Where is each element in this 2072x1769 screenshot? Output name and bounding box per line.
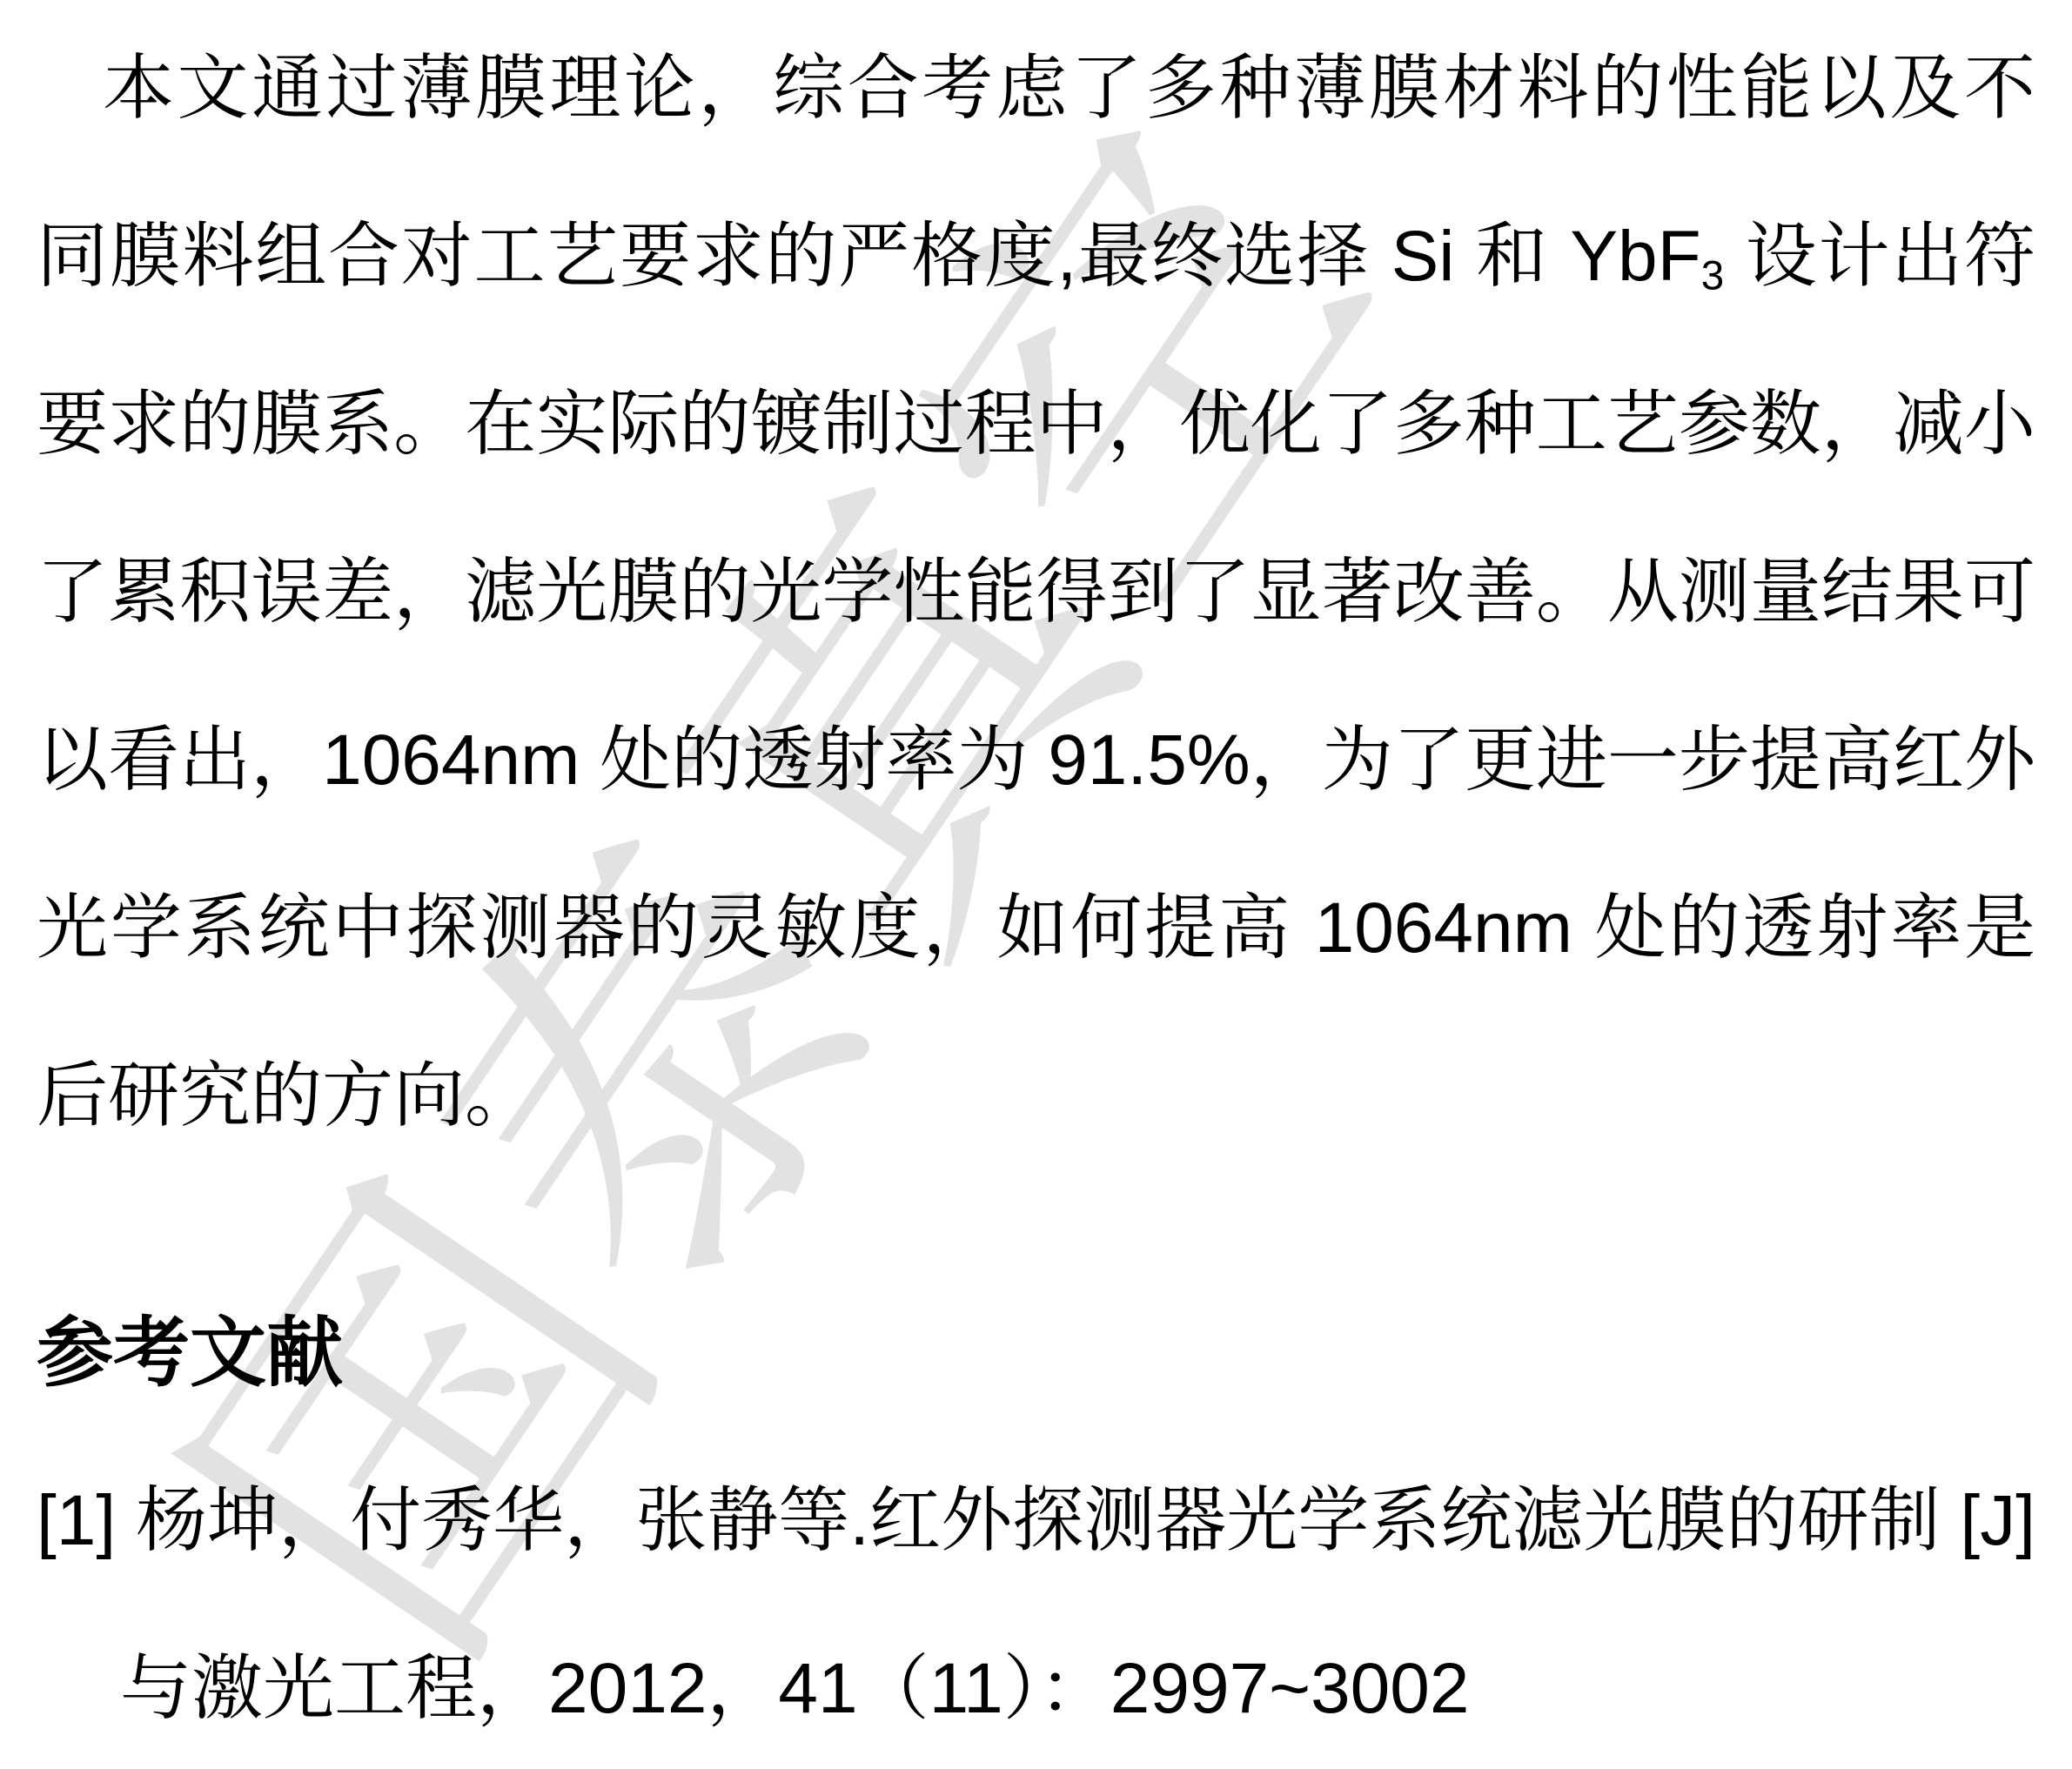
body-paragraph-line-2: 同膜料组合对工艺要求的严格度,最终选择 Si 和 YbF3 设计出符合 <box>37 172 2035 340</box>
reference-1-line-1: [1] 杨坤，付秀华，张静等.红外探测器光学系统滤光膜的研制 [J] .红外 <box>37 1437 2035 1605</box>
body-paragraph-line-5: 以看出，1064nm 处的透射率为 91.5%，为了更进一步提高红外 <box>37 676 2035 844</box>
chemical-formula-subscript: 3 <box>1701 252 1724 298</box>
body-paragraph-line-6: 光学系统中探测器的灵敏度，如何提高 1064nm 处的透射率是以 <box>37 844 2035 1012</box>
page-content: 本文通过薄膜理论，综合考虑了多种薄膜材料的性能以及不 同膜料组合对工艺要求的严格… <box>37 4 2035 1769</box>
body-line2-text-before-subscript: 同膜料组合对工艺要求的严格度,最终选择 Si 和 YbF <box>37 217 1701 296</box>
body-paragraph-line-7: 后研究的方向。 <box>37 1012 2035 1180</box>
body-paragraph-line-1: 本文通过薄膜理论，综合考虑了多种薄膜材料的性能以及不 <box>37 4 2035 172</box>
body-paragraph-line-3: 要求的膜系。在实际的镀制过程中，优化了多种工艺参数，减小 <box>37 340 2035 508</box>
reference-1-line-2: 与激光工程，2012，41（11）：2997~3002 <box>37 1605 2035 1769</box>
body-paragraph-line-4: 了累积误差，滤光膜的光学性能得到了显著改善。从测量结果可 <box>37 508 2035 676</box>
document-page: 国泰真空 本文通过薄膜理论，综合考虑了多种薄膜材料的性能以及不 同膜料组合对工艺… <box>0 0 2072 1769</box>
references-heading: 参考文献 <box>37 1269 2035 1437</box>
